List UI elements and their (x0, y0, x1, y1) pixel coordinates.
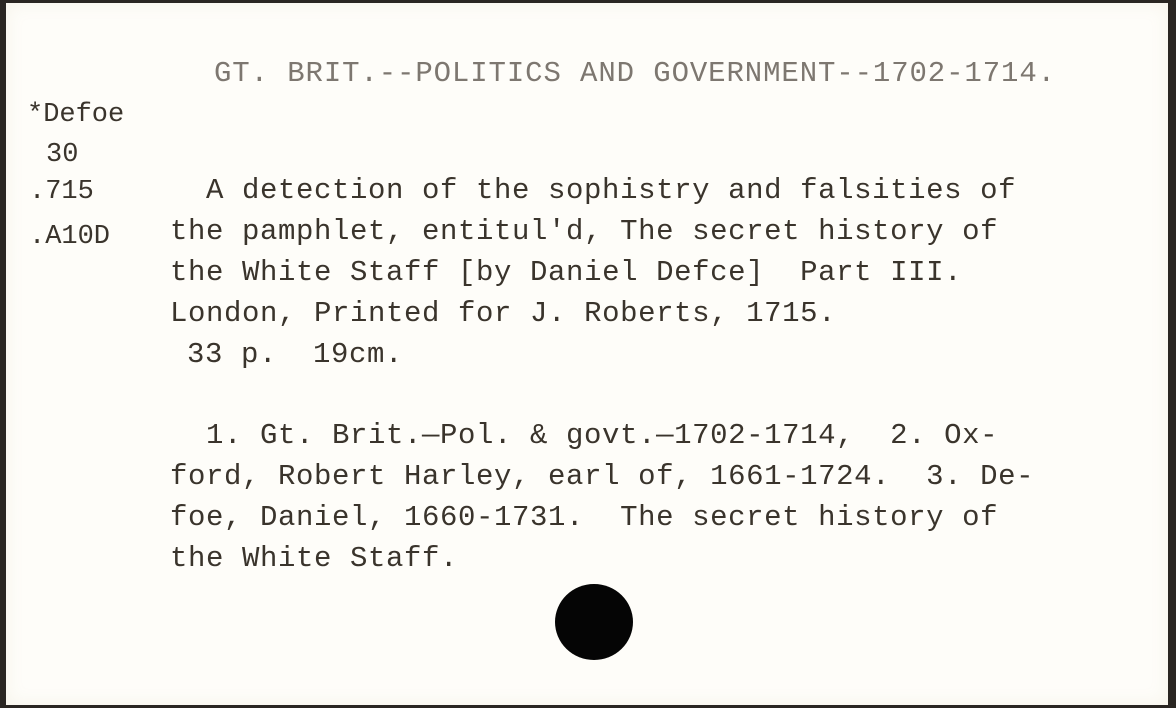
description-line-2: the pamphlet, entitul'd, The secret hist… (170, 217, 998, 246)
call-number-line-4: .A10D (29, 224, 110, 251)
call-number-line-3: .715 (29, 179, 94, 206)
tracings-line-3: foe, Daniel, 1660-1731. The secret histo… (170, 503, 998, 532)
catalog-card: GT. BRIT.--POLITICS AND GOVERNMENT--1702… (6, 3, 1168, 705)
subject-heading: GT. BRIT.--POLITICS AND GOVERNMENT--1702… (214, 59, 1056, 88)
collation-line: 33 p. 19cm. (187, 340, 403, 369)
tracings-line-2: ford, Robert Harley, earl of, 1661-1724.… (170, 462, 1034, 491)
tracings-line-1: 1. Gt. Brit.—Pol. & govt.—1702-1714, 2. … (206, 421, 998, 450)
description-line-3: the White Staff [by Daniel Defce] Part I… (170, 258, 962, 287)
call-number-line-2: 30 (46, 142, 78, 169)
punch-hole (555, 584, 633, 660)
description-line-1: A detection of the sophistry and falsiti… (206, 176, 1016, 205)
call-number-line-1: *Defoe (27, 102, 124, 129)
description-line-4: London, Printed for J. Roberts, 1715. (170, 299, 836, 328)
tracings-line-4: the White Staff. (170, 544, 458, 573)
